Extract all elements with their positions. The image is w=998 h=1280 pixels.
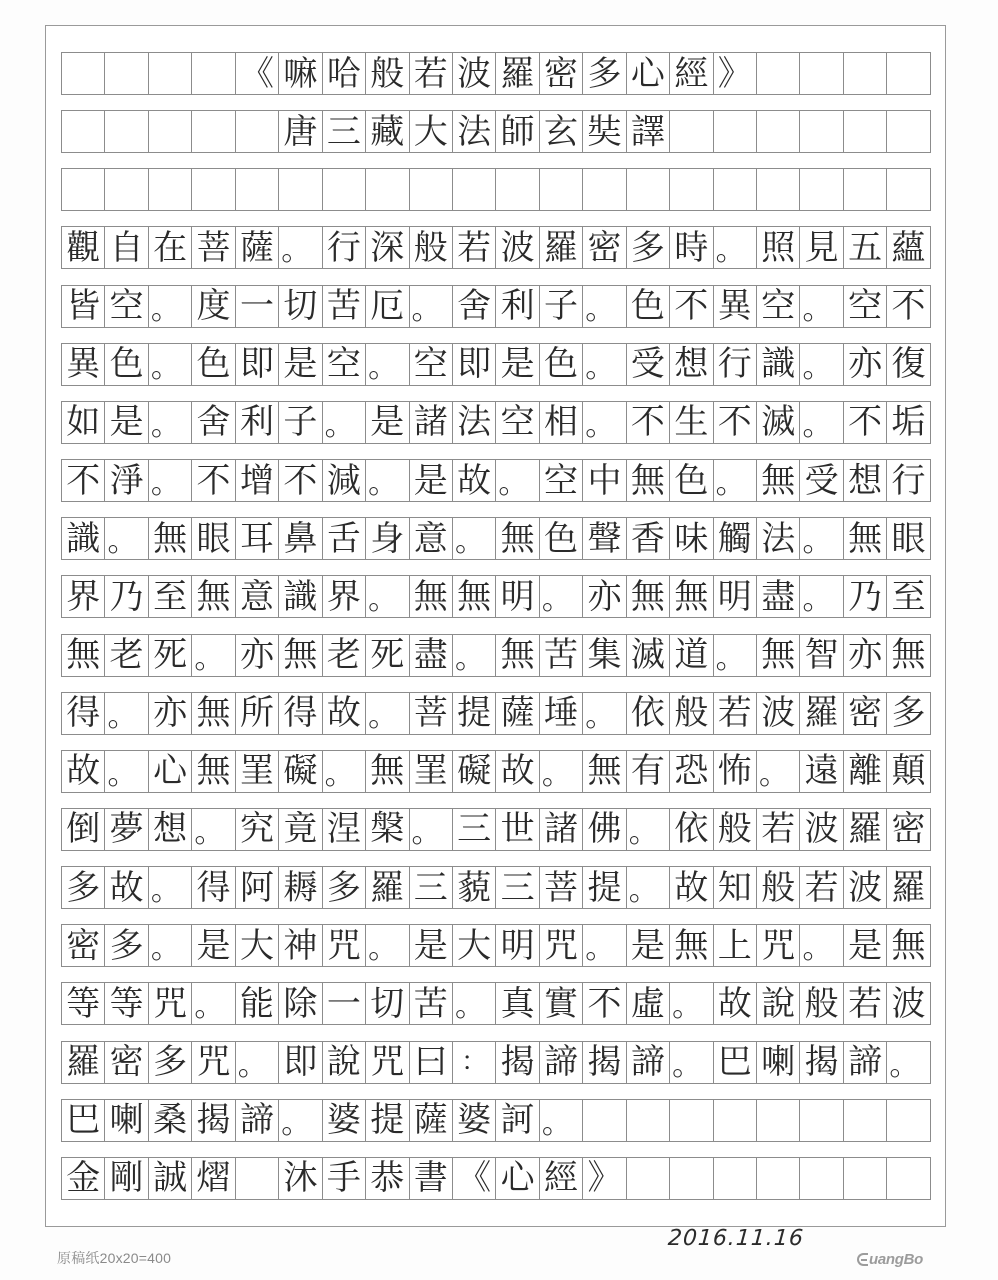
grid-cell-char: 無: [844, 518, 887, 559]
grid-row: 界乃至無意識界。無無明。亦無無明盡。乃至: [61, 575, 931, 618]
grid-cell-char: 般: [714, 809, 757, 850]
grid-cell-char: 蘊: [887, 227, 930, 268]
grid-cell-char: 。: [236, 1042, 279, 1083]
grid-cell-empty: [236, 111, 279, 152]
grid-cell-char: 行: [887, 460, 930, 501]
grid-cell-char: 味: [670, 518, 713, 559]
grid-cell-char: 異: [714, 286, 757, 327]
grid-cell-empty: [627, 1158, 670, 1199]
grid-cell-char: 死: [149, 635, 192, 676]
grid-cell-char: 故: [496, 751, 539, 792]
handwritten-date: 2016.11.16: [667, 1226, 805, 1251]
grid-cell-char: 。: [366, 460, 409, 501]
grid-cell-char: 即: [279, 1042, 322, 1083]
grid-cell-char: 。: [323, 402, 366, 443]
grid-cell-char: 藐: [453, 867, 496, 908]
grid-cell-char: 提: [583, 867, 626, 908]
grid-cell-char: 諦: [540, 1042, 583, 1083]
grid-row: 多故。得阿耨多羅三藐三菩提。故知般若波羅: [61, 866, 931, 909]
grid-cell-char: 金: [62, 1158, 105, 1199]
grid-cell-char: 。: [366, 344, 409, 385]
grid-cell-char: 咒: [149, 983, 192, 1024]
grid-cell-char: 。: [800, 402, 843, 443]
grid-cell-char: 舍: [453, 286, 496, 327]
grid-cell-char: 盡: [757, 576, 800, 617]
grid-cell-char: 咒: [757, 925, 800, 966]
grid-cell-char: 滅: [757, 402, 800, 443]
grid-cell-char: 。: [540, 576, 583, 617]
grid-cell-char: 諦: [236, 1100, 279, 1141]
grid-cell-char: 香: [627, 518, 670, 559]
grid-cell-char: 空: [540, 460, 583, 501]
grid-row: 巴喇桑揭諦。婆提薩婆訶。: [61, 1099, 931, 1142]
grid-cell-char: 波: [496, 227, 539, 268]
grid-cell-char: 。: [453, 518, 496, 559]
grid-cell-char: 一: [323, 983, 366, 1024]
grid-cell-char: 乃: [105, 576, 148, 617]
grid-cell-char: 實: [540, 983, 583, 1024]
grid-cell-char: 諸: [410, 402, 453, 443]
grid-cell-char: 怖: [714, 751, 757, 792]
grid-cell-char: 受: [627, 344, 670, 385]
grid-cell-char: 。: [583, 286, 626, 327]
grid-cell-char: 意: [236, 576, 279, 617]
grid-cell-char: 唐: [279, 111, 322, 152]
grid-cell-char: 。: [410, 286, 453, 327]
grid-cell-char: 舌: [323, 518, 366, 559]
grid-row: 不淨。不增不減。是故。空中無色。無受想行: [61, 459, 931, 502]
grid-cell-char: 耨: [279, 867, 322, 908]
grid-cell-char: 自: [105, 227, 148, 268]
grid-cell-char: 。: [714, 227, 757, 268]
grid-cell-char: 剛: [105, 1158, 148, 1199]
grid-cell-char: 經: [670, 53, 713, 94]
grid-cell-char: 。: [453, 635, 496, 676]
grid-cell-char: 密: [540, 53, 583, 94]
grid-cell-char: 苦: [540, 635, 583, 676]
grid-cell-char: 依: [627, 693, 670, 734]
grid-cell-empty: [714, 1158, 757, 1199]
grid-cell-char: 觀: [62, 227, 105, 268]
grid-cell-char: 明: [714, 576, 757, 617]
grid-cell-char: 行: [323, 227, 366, 268]
grid-cell-char: 大: [453, 925, 496, 966]
grid-cell-empty: [887, 1100, 930, 1141]
grid-cell-char: 波: [800, 809, 843, 850]
grid-cell-char: 手: [323, 1158, 366, 1199]
grid-cell-char: 至: [887, 576, 930, 617]
grid-cell-char: 亦: [236, 635, 279, 676]
grid-cell-char: 生: [670, 402, 713, 443]
grid-cell-empty: [757, 1100, 800, 1141]
grid-cell-char: 羅: [844, 809, 887, 850]
grid-cell-char: 等: [105, 983, 148, 1024]
grid-cell-char: 無: [887, 635, 930, 676]
grid-cell-char: 眼: [887, 518, 930, 559]
grid-cell-char: 色: [670, 460, 713, 501]
grid-cell-char: 深: [366, 227, 409, 268]
grid-cell-char: 聲: [583, 518, 626, 559]
grid-cell-char: 般: [757, 867, 800, 908]
grid-cell-char: 沐: [279, 1158, 322, 1199]
grid-cell-char: 。: [366, 925, 409, 966]
grid-cell-char: 。: [627, 867, 670, 908]
grid-cell-char: 。: [583, 344, 626, 385]
grid-cell-empty: [670, 1100, 713, 1141]
grid-cell-char: 苦: [410, 983, 453, 1024]
grid-cell-char: 。: [540, 751, 583, 792]
grid-cell-char: 利: [496, 286, 539, 327]
grid-cell-char: 五: [844, 227, 887, 268]
grid-cell-char: 無: [627, 460, 670, 501]
grid-row: 得。亦無所得故。菩提薩埵。依般若波羅密多: [61, 692, 931, 735]
grid-cell-char: 無: [496, 518, 539, 559]
grid-cell-char: 般: [366, 53, 409, 94]
grid-cell-char: 羅: [540, 227, 583, 268]
grid-cell-char: 切: [279, 286, 322, 327]
grid-cell-empty: [540, 169, 583, 210]
grid-cell-char: 竟: [279, 809, 322, 850]
grid-cell-char: 波: [453, 53, 496, 94]
grid-cell-char: 師: [496, 111, 539, 152]
grid-cell-char: 咒: [540, 925, 583, 966]
grid-cell-char: 鼻: [279, 518, 322, 559]
grid-cell-char: 不: [192, 460, 235, 501]
grid-cell-char: 集: [583, 635, 626, 676]
grid-cell-char: 無: [757, 635, 800, 676]
grid-cell-char: 三: [496, 867, 539, 908]
grid-cell-char: 死: [366, 635, 409, 676]
grid-cell-char: 。: [192, 635, 235, 676]
grid-cell-char: 皆: [62, 286, 105, 327]
grid-cell-char: 多: [583, 53, 626, 94]
grid-cell-char: 色: [627, 286, 670, 327]
grid-cell-char: 說: [757, 983, 800, 1024]
grid-cell-char: 知: [714, 867, 757, 908]
grid-cell-char: 異: [62, 344, 105, 385]
grid-cell-char: 說: [323, 1042, 366, 1083]
grid-cell-char: 是: [844, 925, 887, 966]
grid-cell-char: 三: [453, 809, 496, 850]
grid-cell-char: 三: [410, 867, 453, 908]
grid-cell-char: 度: [192, 286, 235, 327]
grid-cell-char: 不: [844, 402, 887, 443]
grid-cell-char: 故: [323, 693, 366, 734]
grid-cell-empty: [453, 169, 496, 210]
grid-cell-char: 得: [62, 693, 105, 734]
grid-cell-char: 。: [800, 344, 843, 385]
grid-cell-char: 。: [496, 460, 539, 501]
grid-cell-char: 大: [236, 925, 279, 966]
grid-row: 密多。是大神咒。是大明咒。是無上咒。是無: [61, 924, 931, 967]
grid-cell-empty: [192, 53, 235, 94]
grid-cell-char: 故: [453, 460, 496, 501]
grid-cell-char: 》: [714, 53, 757, 94]
grid-cell-char: 佛: [583, 809, 626, 850]
grid-cell-char: 羅: [62, 1042, 105, 1083]
grid-cell-char: 無: [887, 925, 930, 966]
grid-cell-char: 多: [627, 227, 670, 268]
grid-cell-char: 是: [410, 460, 453, 501]
grid-cell-char: 埵: [540, 693, 583, 734]
grid-cell-char: 。: [800, 286, 843, 327]
grid-cell-char: 。: [670, 1042, 713, 1083]
grid-cell-char: 空: [323, 344, 366, 385]
grid-cell-char: 菩: [410, 693, 453, 734]
grid-cell-char: 即: [236, 344, 279, 385]
grid-cell-char: 無: [583, 751, 626, 792]
grid-cell-char: 菩: [540, 867, 583, 908]
grid-cell-empty: [670, 1158, 713, 1199]
grid-cell-char: 亦: [844, 635, 887, 676]
grid-cell-char: 若: [844, 983, 887, 1024]
grid-cell-char: 夢: [105, 809, 148, 850]
grid-cell-empty: [236, 169, 279, 210]
grid-cell-empty: [670, 111, 713, 152]
grid-cell-char: 。: [800, 925, 843, 966]
grid-cell-empty: [887, 1158, 930, 1199]
grid-cell-char: 若: [714, 693, 757, 734]
grid-cell-char: 。: [670, 983, 713, 1024]
grid-cell-char: 密: [62, 925, 105, 966]
grid-cell-char: 菩: [192, 227, 235, 268]
grid-cell-char: 故: [670, 867, 713, 908]
grid-cell-char: 喇: [105, 1100, 148, 1141]
grid-cell-char: 耳: [236, 518, 279, 559]
grid-cell-char: 倒: [62, 809, 105, 850]
grid-row: 《嘛哈般若波羅密多心經》: [61, 52, 931, 95]
brand-name: uangBo: [869, 1251, 923, 1268]
grid-cell-char: 想: [670, 344, 713, 385]
grid-cell-char: 上: [714, 925, 757, 966]
grid-cell-char: 滅: [627, 635, 670, 676]
grid-cell-char: 提: [453, 693, 496, 734]
grid-cell-char: 罣: [410, 751, 453, 792]
grid-cell-char: 見: [800, 227, 843, 268]
grid-cell-empty: [410, 169, 453, 210]
grid-cell-char: 利: [236, 402, 279, 443]
grid-cell-empty: [800, 1158, 843, 1199]
grid-cell-char: 。: [149, 925, 192, 966]
brand-g-icon: [857, 1253, 868, 1266]
grid-cell-char: 揭: [800, 1042, 843, 1083]
grid-cell-char: 訶: [496, 1100, 539, 1141]
grid-cell-char: 。: [583, 925, 626, 966]
grid-cell-char: 乃: [844, 576, 887, 617]
grid-cell-char: 得: [192, 867, 235, 908]
grid-row: 如是。舍利子。是諸法空相。不生不滅。不垢: [61, 401, 931, 444]
grid-cell-char: 識: [757, 344, 800, 385]
grid-row: 觀自在菩薩。行深般若波羅密多時。照見五蘊: [61, 226, 931, 269]
grid-cell-char: 顛: [887, 751, 930, 792]
grid-cell-char: 苦: [323, 286, 366, 327]
grid-cell-char: 除: [279, 983, 322, 1024]
grid-cell-char: 。: [279, 227, 322, 268]
grid-cell-char: 是: [496, 344, 539, 385]
grid-cell-empty: [757, 53, 800, 94]
grid-cell-empty: [105, 111, 148, 152]
grid-cell-empty: [105, 53, 148, 94]
grid-cell-char: 。: [192, 983, 235, 1024]
grid-cell-char: 色: [105, 344, 148, 385]
grid-cell-char: 舍: [192, 402, 235, 443]
grid-cell-char: 即: [453, 344, 496, 385]
grid-cell-char: 《: [453, 1158, 496, 1199]
grid-cell-char: 法: [453, 111, 496, 152]
grid-cell-char: 婆: [323, 1100, 366, 1141]
grid-cell-char: 。: [540, 1100, 583, 1141]
grid-cell-char: 婆: [453, 1100, 496, 1141]
grid-cell-char: 波: [844, 867, 887, 908]
grid-cell-char: 無: [192, 693, 235, 734]
grid-cell-char: 受: [800, 460, 843, 501]
grid-cell-char: 淨: [105, 460, 148, 501]
grid-cell-char: 無: [453, 576, 496, 617]
grid-cell-char: 身: [366, 518, 409, 559]
grid-cell-char: 時: [670, 227, 713, 268]
grid-cell-empty: [800, 111, 843, 152]
grid-cell-empty: [714, 1100, 757, 1141]
grid-cell-char: 故: [105, 867, 148, 908]
grid-cell-char: 無: [192, 751, 235, 792]
grid-cell-char: 譯: [627, 111, 670, 152]
grid-cell-char: 界: [62, 576, 105, 617]
grid-cell-char: 礙: [453, 751, 496, 792]
grid-cell-char: 是: [366, 402, 409, 443]
grid-cell-empty: [627, 1100, 670, 1141]
grid-cell-empty: [149, 53, 192, 94]
grid-cell-char: 多: [149, 1042, 192, 1083]
grid-cell-empty: [105, 169, 148, 210]
grid-cell-char: 嘛: [279, 53, 322, 94]
grid-row: 皆空。度一切苦厄。舍利子。色不異空。空不: [61, 285, 931, 328]
grid-cell-empty: [844, 169, 887, 210]
grid-cell-char: 亦: [149, 693, 192, 734]
grid-cell-char: 離: [844, 751, 887, 792]
grid-cell-char: 至: [149, 576, 192, 617]
grid-cell-char: 空: [410, 344, 453, 385]
grid-cell-char: 無: [149, 518, 192, 559]
grid-cell-empty: [844, 53, 887, 94]
grid-cell-char: 明: [496, 925, 539, 966]
grid-cell-char: 桑: [149, 1100, 192, 1141]
grid-cell-empty: [887, 169, 930, 210]
paper-spec-label: 原稿纸20x20=400: [57, 1248, 171, 1268]
grid-cell-char: 礙: [279, 751, 322, 792]
grid-cell-char: 想: [844, 460, 887, 501]
grid-cell-char: 。: [149, 867, 192, 908]
grid-cell-char: 》: [583, 1158, 626, 1199]
grid-cell-char: 心: [149, 751, 192, 792]
grid-cell-char: 密: [583, 227, 626, 268]
grid-row: 異色。色即是空。空即是色。受想行識。亦復: [61, 343, 931, 386]
grid-cell-char: 。: [757, 751, 800, 792]
grid-cell-char: 藏: [366, 111, 409, 152]
grid-cell-char: 依: [670, 809, 713, 850]
grid-cell-char: 心: [496, 1158, 539, 1199]
grid-cell-char: 。: [583, 402, 626, 443]
grid-cell-char: 若: [453, 227, 496, 268]
grid-cell-char: 哈: [323, 53, 366, 94]
grid-cell-char: 大: [410, 111, 453, 152]
grid-cell-char: 密: [887, 809, 930, 850]
grid-row: 識。無眼耳鼻舌身意。無色聲香味觸法。無眼: [61, 517, 931, 560]
grid-cell-char: 。: [149, 460, 192, 501]
grid-row: 無老死。亦無老死盡。無苦集滅道。無智亦無: [61, 634, 931, 677]
grid-cell-char: 空: [105, 286, 148, 327]
grid-cell-char: 。: [192, 809, 235, 850]
grid-cell-char: 波: [757, 693, 800, 734]
brand-logo: uangBo: [857, 1251, 923, 1268]
grid-cell-char: 究: [236, 809, 279, 850]
grid-cell-empty: [62, 111, 105, 152]
grid-cell-char: 般: [800, 983, 843, 1024]
grid-cell-char: 故: [62, 751, 105, 792]
grid-cell-empty: [800, 1100, 843, 1141]
grid-row: 唐三藏大法師玄奘譯: [61, 110, 931, 153]
grid-row: 金剛誠熠沐手恭書《心經》: [61, 1157, 931, 1200]
grid-cell-char: 故: [714, 983, 757, 1024]
grid-cell-char: 。: [105, 693, 148, 734]
grid-cell-char: 羅: [496, 53, 539, 94]
grid-cell-char: 。: [800, 518, 843, 559]
grid-cell-char: 空: [496, 402, 539, 443]
grid-cell-char: 多: [887, 693, 930, 734]
grid-cell-char: 書: [410, 1158, 453, 1199]
grid-cell-char: 無: [627, 576, 670, 617]
grid-row: 倒夢想。究竟涅槃。三世諸佛。依般若波羅密: [61, 808, 931, 851]
grid-cell-char: 般: [410, 227, 453, 268]
grid-cell-char: 。: [105, 518, 148, 559]
grid-cell-char: 不: [279, 460, 322, 501]
grid-cell-char: 若: [800, 867, 843, 908]
grid-cell-char: 老: [323, 635, 366, 676]
grid-row: [61, 168, 931, 211]
grid-row: 羅密多咒。即說咒曰：揭諦揭諦。巴喇揭諦。: [61, 1041, 931, 1084]
grid-cell-empty: [887, 53, 930, 94]
grid-cell-char: 虛: [627, 983, 670, 1024]
grid-cell-char: 不: [627, 402, 670, 443]
grid-cell-char: 中: [583, 460, 626, 501]
grid-cell-char: 厄: [366, 286, 409, 327]
grid-cell-char: 。: [887, 1042, 930, 1083]
grid-cell-empty: [714, 169, 757, 210]
grid-cell-char: 密: [844, 693, 887, 734]
grid-cell-empty: [844, 111, 887, 152]
grid-cell-char: 密: [105, 1042, 148, 1083]
grid-cell-char: 亦: [583, 576, 626, 617]
grid-cell-char: 。: [323, 751, 366, 792]
grid-cell-char: 提: [366, 1100, 409, 1141]
grid-cell-char: 是: [410, 925, 453, 966]
grid-cell-char: 空: [757, 286, 800, 327]
grid-cell-char: 能: [236, 983, 279, 1024]
grid-cell-char: 等: [62, 983, 105, 1024]
grid-cell-empty: [757, 1158, 800, 1199]
grid-cell-char: 相: [540, 402, 583, 443]
grid-cell-char: 法: [757, 518, 800, 559]
grid-cell-empty: [844, 1158, 887, 1199]
grid-cell-char: 垢: [887, 402, 930, 443]
grid-cell-empty: [627, 169, 670, 210]
grid-cell-char: 意: [410, 518, 453, 559]
grid-cell-char: ：: [453, 1042, 496, 1083]
grid-cell-char: 。: [714, 460, 757, 501]
grid-cell-char: 得: [279, 693, 322, 734]
grid-cell-empty: [670, 169, 713, 210]
grid-cell-char: 是: [279, 344, 322, 385]
grid-cell-char: 不: [670, 286, 713, 327]
